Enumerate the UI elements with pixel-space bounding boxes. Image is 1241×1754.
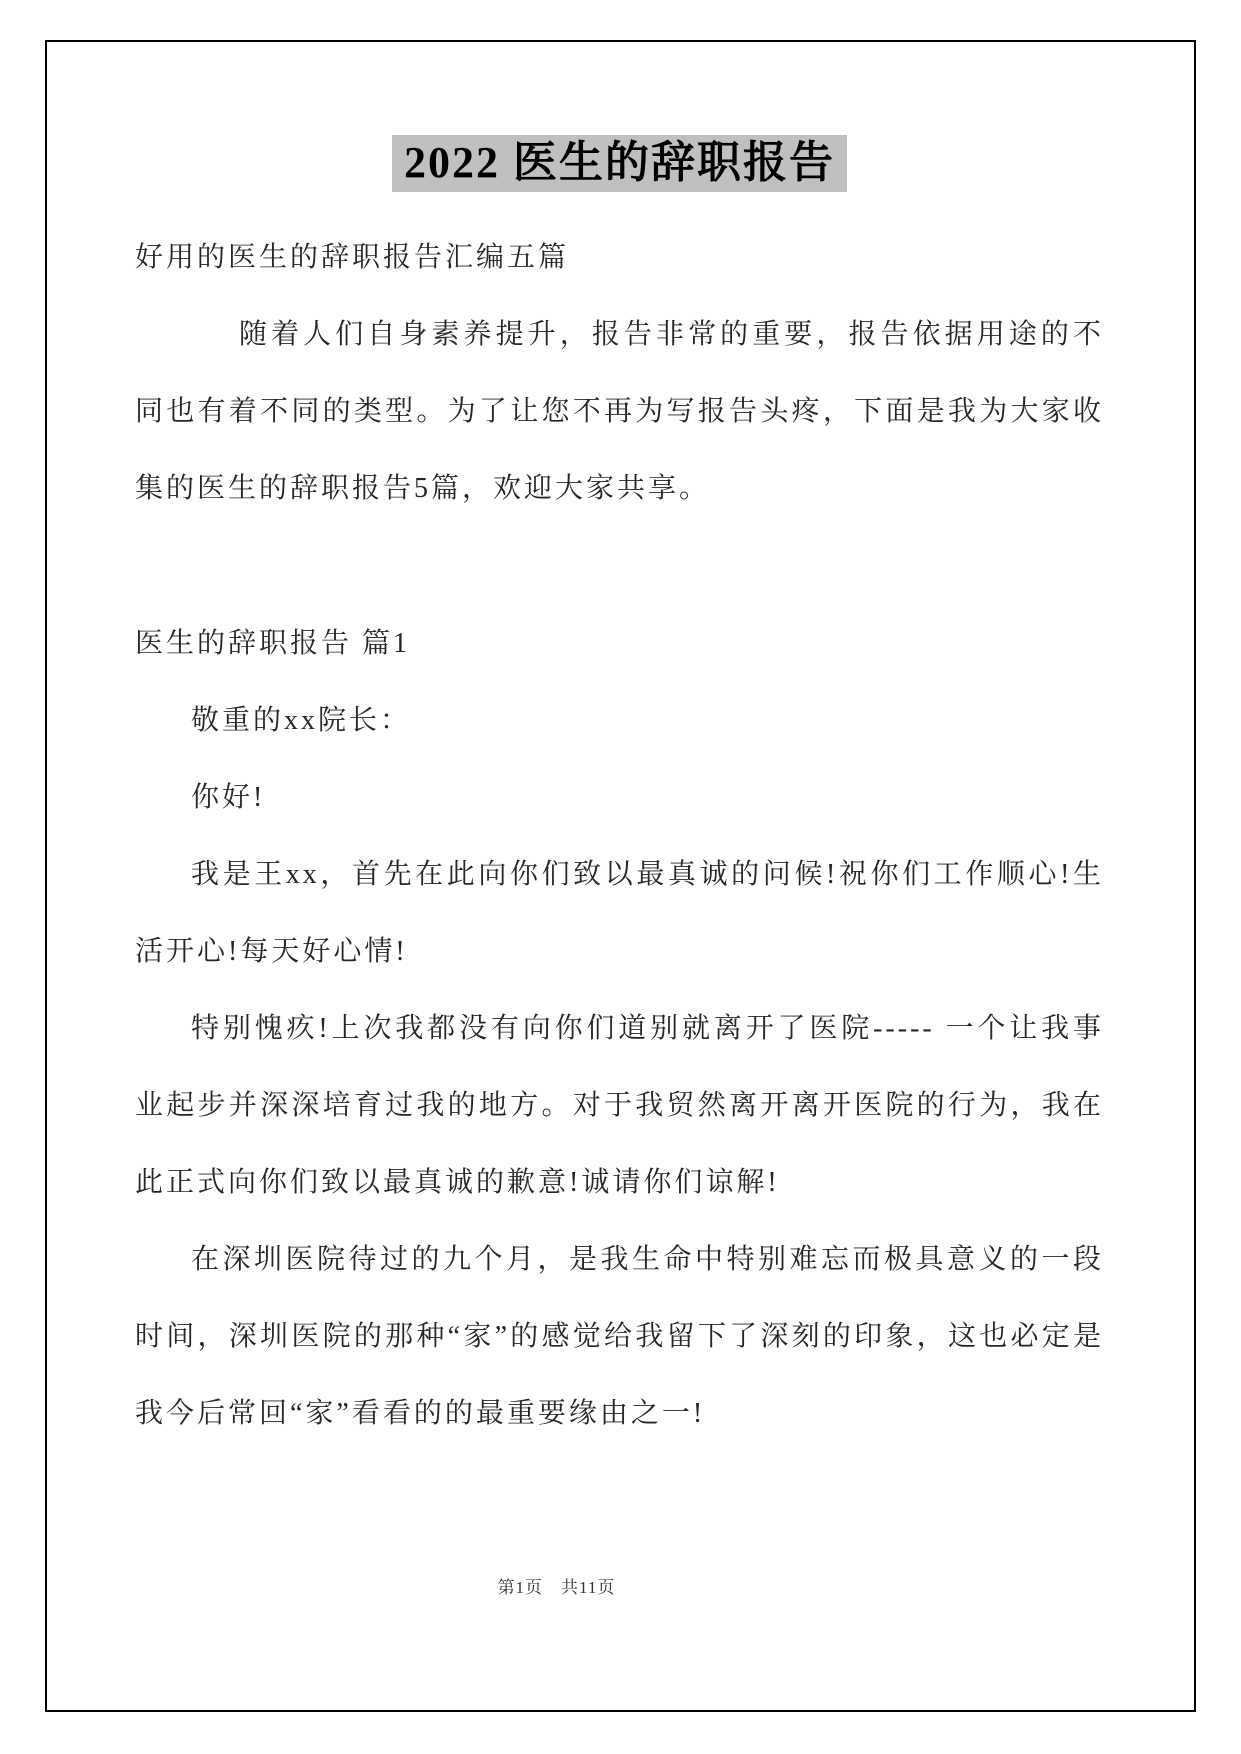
paragraph-subtitle: 好用的医生的辞职报告汇编五篇 <box>135 219 1104 296</box>
paragraph-section-heading: 医生的辞职报告 篇1 <box>135 605 1104 682</box>
document-page: 2022 医生的辞职报告 好用的医生的辞职报告汇编五篇 随着人们自身素养提升，报… <box>45 40 1196 1712</box>
title-highlighted-text: 2022 医生的辞职报告 <box>392 135 847 192</box>
paragraph-body-2: 特别愧疚!上次我都没有向你们道别就离开了医院----- 一个让我事业起步并深深培… <box>135 990 1104 1221</box>
document-body: 好用的医生的辞职报告汇编五篇 随着人们自身素养提升，报告非常的重要，报告依据用途… <box>135 219 1104 1452</box>
page-content: 2022 医生的辞职报告 好用的医生的辞职报告汇编五篇 随着人们自身素养提升，报… <box>47 42 1194 1710</box>
paragraph-greeting: 你好! <box>135 759 1104 836</box>
paragraph-intro: 随着人们自身素养提升，报告非常的重要，报告依据用途的不同也有着不同的类型。为了让… <box>135 296 1104 527</box>
page-number-footer: 第1页 共11页 <box>47 1573 1066 1598</box>
paragraph-body-1: 我是王xx，首先在此向你们致以最真诚的问候!祝你们工作顺心!生活开心!每天好心情… <box>135 836 1104 990</box>
paragraph-salutation: 敬重的xx院长： <box>135 682 1104 759</box>
paragraph-body-3: 在深圳医院待过的九个月，是我生命中特别难忘而极具意义的一段时间，深圳医院的那种“… <box>135 1221 1104 1452</box>
page-title: 2022 医生的辞职报告 <box>135 42 1104 219</box>
